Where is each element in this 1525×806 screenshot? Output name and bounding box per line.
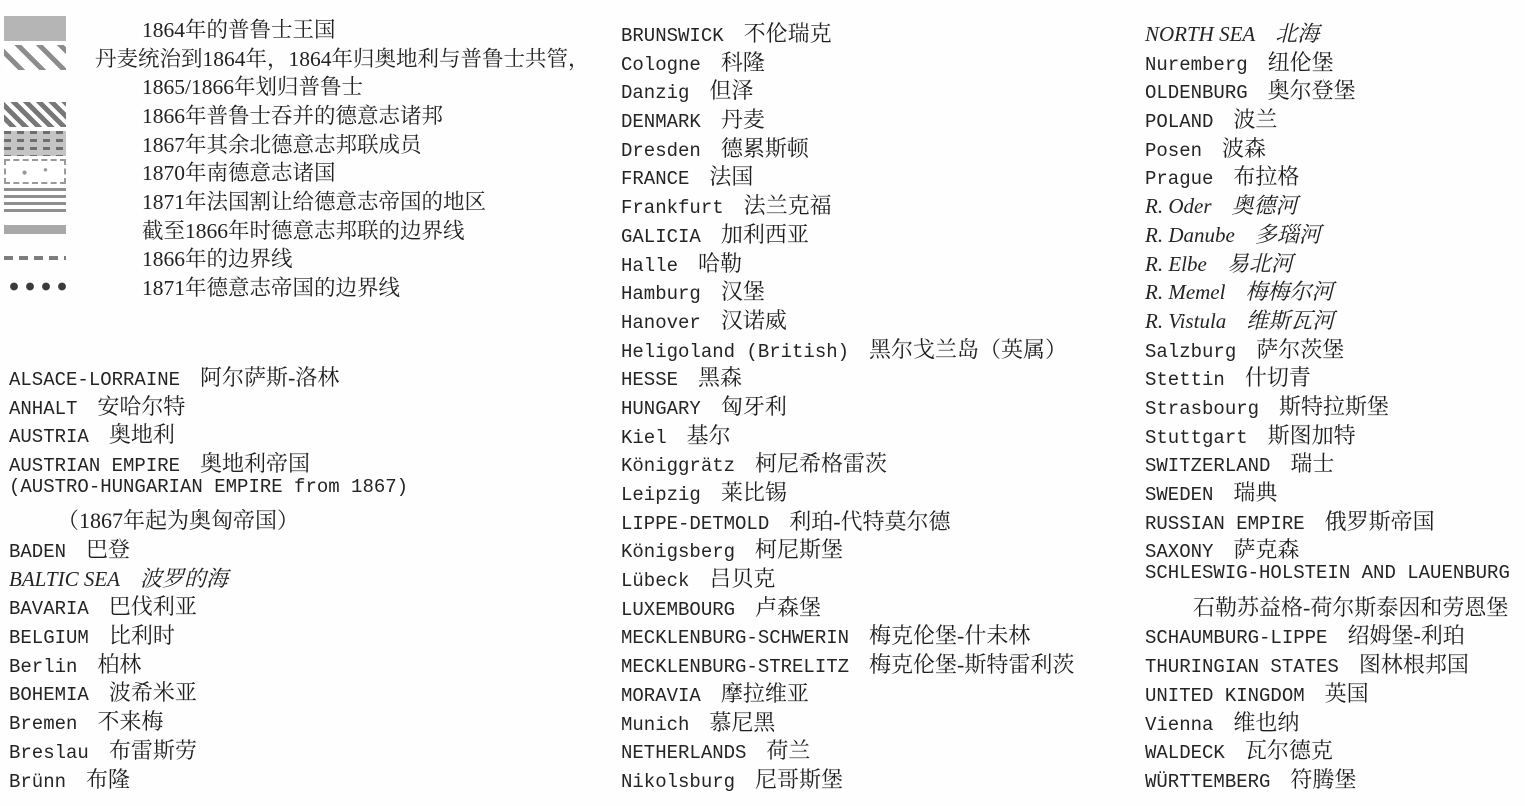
glossary-item: NORTH SEA 北海 <box>1145 17 1524 46</box>
legend-label: 1871年德意志帝国的边界线 <box>142 271 400 302</box>
term-chinese: 法兰克福 <box>744 189 832 220</box>
legend-row: 1871年法国割让给德意志帝国的地区 <box>4 186 618 215</box>
glossary-item: Frankfurt 法兰克福 <box>621 189 1143 218</box>
term-english: SWITZERLAND <box>1145 455 1270 477</box>
glossary-item: AUSTRIAN EMPIRE 奥地利帝国 <box>9 447 618 476</box>
term-english: MECKLENBURG-SCHWERIN <box>621 627 849 649</box>
term-english: OLDENBURG <box>1145 82 1248 104</box>
term-chinese: 卢森堡 <box>755 591 821 622</box>
term-chinese: 萨克森 <box>1233 533 1299 564</box>
term-english: Brünn <box>9 771 66 793</box>
glossary-item: POLAND 波兰 <box>1145 103 1524 132</box>
term-english: Dresden <box>621 140 701 162</box>
term-english: Leipzig <box>621 484 701 506</box>
glossary-item: Stettin 什切青 <box>1145 361 1524 390</box>
term-chinese: 易北河 <box>1227 247 1293 278</box>
term-english: Frankfurt <box>621 197 724 219</box>
term-english: BALTIC SEA <box>9 567 120 592</box>
glossary-item: SCHAUMBURG-LIPPE 绍姆堡-利珀 <box>1145 619 1524 648</box>
term-english: Munich <box>621 714 689 736</box>
term-chinese: 波希米亚 <box>109 676 197 707</box>
term-english: SAXONY <box>1145 541 1213 563</box>
term-chinese: 石勒苏益格-荷尔斯泰因和劳恩堡 <box>1193 591 1508 622</box>
term-english: SCHAUMBURG-LIPPE <box>1145 627 1327 649</box>
term-chinese: 不伦瑞克 <box>744 17 832 48</box>
glossary-item: R. Elbe 易北河 <box>1145 247 1524 276</box>
term-chinese: 英国 <box>1325 677 1369 708</box>
term-chinese: 吕贝克 <box>709 562 775 593</box>
term-english: Posen <box>1145 140 1202 162</box>
glossary-item: （1867年起为奥匈帝国） <box>9 504 618 533</box>
term-chinese: 不来梅 <box>97 705 163 736</box>
glossary-item: HUNGARY 匈牙利 <box>621 390 1143 419</box>
glossary-item: Halle 哈勒 <box>621 247 1143 276</box>
term-english: THURINGIAN STATES <box>1145 656 1339 678</box>
term-chinese: 慕尼黑 <box>709 706 775 737</box>
term-chinese: 柏林 <box>97 648 141 679</box>
term-chinese: 匈牙利 <box>721 390 787 421</box>
term-english: BADEN <box>9 541 66 563</box>
glossary-item: SWEDEN 瑞典 <box>1145 476 1524 505</box>
term-chinese: 俄罗斯帝国 <box>1325 505 1435 536</box>
term-chinese: 科隆 <box>721 46 765 77</box>
glossary-item: Königsberg 柯尼斯堡 <box>621 533 1143 562</box>
glossary-item: Strasbourg 斯特拉斯堡 <box>1145 390 1524 419</box>
term-english: GALICIA <box>621 226 701 248</box>
term-chinese: 莱比锡 <box>721 476 787 507</box>
term-english: HUNGARY <box>621 398 701 420</box>
term-chinese: 梅梅尔河 <box>1245 275 1333 306</box>
term-english: Danzig <box>621 82 689 104</box>
glossary-column-right: NORTH SEA 北海 Nuremberg 纽伦堡 OLDENBURG 奥尔登… <box>1145 17 1524 792</box>
glossary-item: ALSACE-LORRAINE 阿尔萨斯-洛林 <box>9 361 618 390</box>
term-english: Kiel <box>621 427 667 449</box>
legend-label: 1865/1866年划归普鲁士 <box>142 70 363 101</box>
glossary-item: Prague 布拉格 <box>1145 160 1524 189</box>
term-english: Stuttgart <box>1145 427 1248 449</box>
term-english: R. Elbe <box>1145 252 1207 277</box>
term-english: SCHLESWIG-HOLSTEIN AND LAUENBURG <box>1145 562 1510 584</box>
glossary-item: Brünn 布隆 <box>9 763 618 792</box>
term-chinese: 萨尔茨堡 <box>1256 333 1344 364</box>
term-chinese: 维也纳 <box>1233 706 1299 737</box>
term-english: Nuremberg <box>1145 54 1248 76</box>
map-legend: 1864年的普鲁士王国 丹麦统治到1864年，1864年归奥地利与普鲁士共管， … <box>4 14 618 301</box>
term-chinese: 奥德河 <box>1232 189 1298 220</box>
term-chinese: 德累斯顿 <box>721 132 809 163</box>
term-chinese: 绍姆堡-利珀 <box>1347 619 1464 650</box>
term-english: AUSTRIA <box>9 426 89 448</box>
term-english: Strasbourg <box>1145 398 1259 420</box>
term-chinese: 黑森 <box>698 361 742 392</box>
glossary-item: OLDENBURG 奥尔登堡 <box>1145 74 1524 103</box>
glossary-item: MECKLENBURG-SCHWERIN 梅克伦堡-什未林 <box>621 619 1143 648</box>
term-english: Cologne <box>621 54 701 76</box>
term-english: Berlin <box>9 656 77 678</box>
glossary-item: MORAVIA 摩拉维亚 <box>621 677 1143 706</box>
glossary-item: (AUSTRO-HUNGARIAN EMPIRE from 1867) <box>9 476 618 505</box>
term-chinese: 瓦尔德克 <box>1245 734 1333 765</box>
term-chinese: 比利时 <box>109 619 175 650</box>
term-chinese: 汉堡 <box>721 275 765 306</box>
term-chinese: 黑尔戈兰岛（英属） <box>869 333 1067 364</box>
term-english: UNITED KINGDOM <box>1145 685 1305 707</box>
legend-label: 1864年的普鲁士王国 <box>142 13 336 44</box>
term-chinese: 多瑙河 <box>1255 218 1321 249</box>
glossary-item: Munich 慕尼黑 <box>621 706 1143 735</box>
glossary-item: LIPPE-DETMOLD 利珀-代特莫尔德 <box>621 505 1143 534</box>
term-chinese: 斯特拉斯堡 <box>1279 390 1389 421</box>
term-english: (AUSTRO-HUNGARIAN EMPIRE from 1867) <box>9 476 408 498</box>
term-english: Hamburg <box>621 283 701 305</box>
term-english: WÜRTTEMBERG <box>1145 771 1270 793</box>
glossary-item: Bremen 不来梅 <box>9 705 618 734</box>
term-english: R. Vistula <box>1145 309 1226 334</box>
glossary-item: Breslau 布雷斯劳 <box>9 734 618 763</box>
glossary-item: Nuremberg 纽伦堡 <box>1145 46 1524 75</box>
glossary-item: HESSE 黑森 <box>621 361 1143 390</box>
term-chinese: 波兰 <box>1233 103 1277 134</box>
term-chinese: 奥地利帝国 <box>200 447 310 478</box>
term-chinese: 法国 <box>709 160 753 191</box>
glossary-item: MECKLENBURG-STRELITZ 梅克伦堡-斯特雷利茨 <box>621 648 1143 677</box>
term-chinese: 瑞典 <box>1233 476 1277 507</box>
term-english: WALDECK <box>1145 742 1225 764</box>
legend-row: 1865/1866年划归普鲁士 <box>4 71 618 100</box>
glossary-item: Dresden 德累斯顿 <box>621 132 1143 161</box>
annexed-1866-swatch-icon <box>4 102 66 127</box>
term-english: NORTH SEA <box>1145 22 1255 47</box>
legend-row: 丹麦统治到1864年，1864年归奥地利与普鲁士共管， <box>4 43 618 72</box>
glossary-item: Leipzig 莱比锡 <box>621 476 1143 505</box>
term-english: Bremen <box>9 713 77 735</box>
glossary-item: Kiel 基尔 <box>621 419 1143 448</box>
term-chinese: （1867年起为奥匈帝国） <box>57 504 299 535</box>
term-chinese: 梅克伦堡-斯特雷利茨 <box>869 648 1074 679</box>
term-english: R. Oder <box>1145 194 1212 219</box>
glossary-item: Vienna 维也纳 <box>1145 706 1524 735</box>
glossary-item: Posen 波森 <box>1145 132 1524 161</box>
term-english: Königgrätz <box>621 455 735 477</box>
glossary-item: R. Oder 奥德河 <box>1145 189 1524 218</box>
glossary-item: NETHERLANDS 荷兰 <box>621 734 1143 763</box>
term-english: BRUNSWICK <box>621 25 724 47</box>
legend-row: 1866年普鲁士吞并的德意志诸邦 <box>4 100 618 129</box>
glossary-item: Heligoland (British) 黑尔戈兰岛（英属） <box>621 333 1143 362</box>
term-chinese: 安哈尔特 <box>97 390 185 421</box>
german-empire-boundary-line-icon <box>4 282 66 291</box>
term-chinese: 维斯瓦河 <box>1246 304 1334 335</box>
term-chinese: 柯尼希格雷茨 <box>755 447 887 478</box>
term-english: DENMARK <box>621 111 701 133</box>
glossary-item: FRANCE 法国 <box>621 160 1143 189</box>
term-chinese: 尼哥斯堡 <box>755 763 843 794</box>
glossary-item: SAXONY 萨克森 <box>1145 533 1524 562</box>
glossary-item: Salzburg 萨尔茨堡 <box>1145 333 1524 362</box>
term-english: MECKLENBURG-STRELITZ <box>621 656 849 678</box>
term-chinese: 巴登 <box>86 533 130 564</box>
term-chinese: 波罗的海 <box>140 562 228 593</box>
glossary-item: Lübeck 吕贝克 <box>621 562 1143 591</box>
term-english: Breslau <box>9 742 89 764</box>
glossary-item: AUSTRIA 奥地利 <box>9 418 618 447</box>
left-column: 1864年的普鲁士王国 丹麦统治到1864年，1864年归奥地利与普鲁士共管， … <box>4 14 618 791</box>
term-chinese: 布雷斯劳 <box>109 734 197 765</box>
legend-label: 丹麦统治到1864年，1864年归奥地利与普鲁士共管， <box>95 42 590 73</box>
term-english: Lübeck <box>621 570 689 592</box>
glossary-item: Hamburg 汉堡 <box>621 275 1143 304</box>
glossary-item: RUSSIAN EMPIRE 俄罗斯帝国 <box>1145 505 1524 534</box>
term-chinese: 摩拉维亚 <box>721 677 809 708</box>
term-chinese: 什切青 <box>1245 361 1311 392</box>
term-english: Salzburg <box>1145 341 1236 363</box>
glossary-item: Königgrätz 柯尼希格雷茨 <box>621 447 1143 476</box>
term-english: NETHERLANDS <box>621 742 746 764</box>
legend-row: 1871年德意志帝国的边界线 <box>4 272 618 301</box>
south-german-states-swatch-icon <box>4 159 66 184</box>
term-chinese: 奥地利 <box>109 418 175 449</box>
confederation-boundary-line-icon <box>4 225 66 234</box>
term-english: R. Danube <box>1145 223 1235 248</box>
glossary-item: Hanover 汉诺威 <box>621 304 1143 333</box>
glossary-item: SCHLESWIG-HOLSTEIN AND LAUENBURG <box>1145 562 1524 591</box>
term-chinese: 利珀-代特莫尔德 <box>789 505 950 536</box>
north-german-confederation-swatch-icon <box>4 131 66 156</box>
term-chinese: 丹麦 <box>721 103 765 134</box>
term-chinese: 梅克伦堡-什未林 <box>869 619 1030 650</box>
legend-label: 1867年其余北德意志邦联成员 <box>142 128 422 159</box>
legend-label: 1870年南德意志诸国 <box>142 156 336 187</box>
term-chinese: 波森 <box>1222 132 1266 163</box>
legend-row: 1867年其余北德意志邦联成员 <box>4 129 618 158</box>
legend-label: 1871年法国割让给德意志帝国的地区 <box>142 185 486 216</box>
glossary-item: BRUNSWICK 不伦瑞克 <box>621 17 1143 46</box>
glossary-item: BOHEMIA 波希米亚 <box>9 676 618 705</box>
term-english: LIPPE-DETMOLD <box>621 513 769 535</box>
legend-label: 截至1866年时德意志邦联的边界线 <box>142 214 465 245</box>
glossary-item: BALTIC SEA 波罗的海 <box>9 562 618 591</box>
term-chinese: 巴伐利亚 <box>109 590 197 621</box>
term-english: Stettin <box>1145 369 1225 391</box>
term-english: Halle <box>621 255 678 277</box>
term-english: BAVARIA <box>9 598 89 620</box>
term-chinese: 斯图加特 <box>1268 419 1356 450</box>
legend-row: 截至1866年时德意志邦联的边界线 <box>4 215 618 244</box>
glossary-item: LUXEMBOURG 卢森堡 <box>621 591 1143 620</box>
term-english: BELGIUM <box>9 627 89 649</box>
glossary-item: DENMARK 丹麦 <box>621 103 1143 132</box>
term-chinese: 但泽 <box>709 74 753 105</box>
legend-label: 1866年普鲁士吞并的德意志诸邦 <box>142 99 443 130</box>
blank-swatch <box>4 73 66 98</box>
term-english: BOHEMIA <box>9 684 89 706</box>
glossary-item: 石勒苏益格-荷尔斯泰因和劳恩堡 <box>1145 591 1524 620</box>
glossary-item: Nikolsburg 尼哥斯堡 <box>621 763 1143 792</box>
legend-label: 1866年的边界线 <box>142 242 293 273</box>
glossary-column-left: ALSACE-LORRAINE 阿尔萨斯-洛林 ANHALT 安哈尔特 AUST… <box>4 361 618 791</box>
term-chinese: 哈勒 <box>698 247 742 278</box>
term-chinese: 北海 <box>1275 17 1319 48</box>
glossary-item: Cologne 科隆 <box>621 46 1143 75</box>
ceded-by-france-swatch-icon <box>4 188 66 213</box>
term-chinese: 纽伦堡 <box>1268 46 1334 77</box>
glossary-item: WALDECK 瓦尔德克 <box>1145 734 1524 763</box>
glossary-item: WÜRTTEMBERG 符腾堡 <box>1145 763 1524 792</box>
glossary-item: R. Danube 多瑙河 <box>1145 218 1524 247</box>
glossary-item: R. Vistula 维斯瓦河 <box>1145 304 1524 333</box>
glossary-item: SWITZERLAND 瑞士 <box>1145 447 1524 476</box>
boundary-1866-line-icon <box>4 256 66 260</box>
term-chinese: 布拉格 <box>1233 160 1299 191</box>
term-chinese: 布隆 <box>86 763 130 794</box>
glossary-item: BAVARIA 巴伐利亚 <box>9 590 618 619</box>
term-english: Prague <box>1145 168 1213 190</box>
term-english: MORAVIA <box>621 685 701 707</box>
term-english: RUSSIAN EMPIRE <box>1145 513 1305 535</box>
term-english: Hanover <box>621 312 701 334</box>
term-chinese: 瑞士 <box>1290 447 1334 478</box>
term-chinese: 加利西亚 <box>721 218 809 249</box>
term-chinese: 荷兰 <box>766 734 810 765</box>
glossary-column-middle: BRUNSWICK 不伦瑞克 Cologne 科隆 Danzig 但泽 DENM… <box>621 17 1143 792</box>
term-english: Heligoland (British) <box>621 341 849 363</box>
term-english: POLAND <box>1145 111 1213 133</box>
term-english: SWEDEN <box>1145 484 1213 506</box>
term-english: ALSACE-LORRAINE <box>9 369 180 391</box>
term-english: Nikolsburg <box>621 771 735 793</box>
term-english: Vienna <box>1145 714 1213 736</box>
glossary-item: BELGIUM 比利时 <box>9 619 618 648</box>
glossary-item: UNITED KINGDOM 英国 <box>1145 677 1524 706</box>
glossary-item: THURINGIAN STATES 图林根邦国 <box>1145 648 1524 677</box>
term-english: LUXEMBOURG <box>621 599 735 621</box>
term-chinese: 奥尔登堡 <box>1268 74 1356 105</box>
legend-row: 1864年的普鲁士王国 <box>4 14 618 43</box>
legend-row: 1870年南德意志诸国 <box>4 157 618 186</box>
term-english: HESSE <box>621 369 678 391</box>
term-english: AUSTRIAN EMPIRE <box>9 455 180 477</box>
term-english: FRANCE <box>621 168 689 190</box>
glossary-item: BADEN 巴登 <box>9 533 618 562</box>
term-english: Königsberg <box>621 541 735 563</box>
prussia-1864-swatch-icon <box>4 16 66 41</box>
term-chinese: 基尔 <box>687 419 731 450</box>
schleswig-holstein-swatch-icon <box>4 45 66 70</box>
glossary-item: Berlin 柏林 <box>9 648 618 677</box>
term-english: R. Memel <box>1145 280 1225 305</box>
glossary-item: GALICIA 加利西亚 <box>621 218 1143 247</box>
legend-row: 1866年的边界线 <box>4 244 618 273</box>
glossary-item: Stuttgart 斯图加特 <box>1145 419 1524 448</box>
term-chinese: 汉诺威 <box>721 304 787 335</box>
glossary-item: ANHALT 安哈尔特 <box>9 390 618 419</box>
term-chinese: 柯尼斯堡 <box>755 533 843 564</box>
term-chinese: 符腾堡 <box>1290 763 1356 794</box>
term-chinese: 阿尔萨斯-洛林 <box>200 361 339 392</box>
term-english: ANHALT <box>9 398 77 420</box>
term-chinese: 图林根邦国 <box>1359 648 1469 679</box>
glossary-item: Danzig 但泽 <box>621 74 1143 103</box>
glossary-item: R. Memel 梅梅尔河 <box>1145 275 1524 304</box>
atlas-map-legend-page: 1864年的普鲁士王国 丹麦统治到1864年，1864年归奥地利与普鲁士共管， … <box>0 0 1525 806</box>
